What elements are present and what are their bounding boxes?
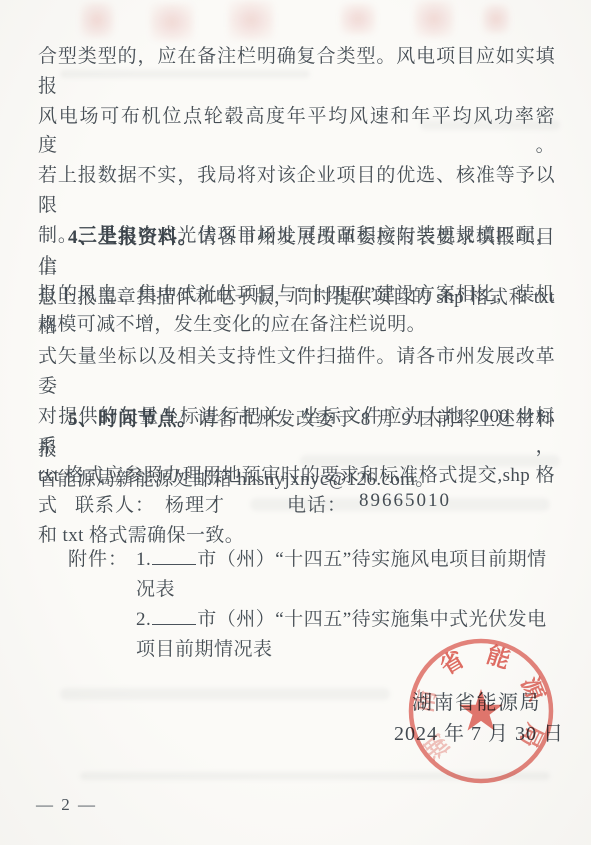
attachments-label: 附件： — [68, 545, 128, 665]
red-bleedthrough-mark — [228, 0, 274, 40]
doc-line: 5、时间节点。请各市州发改委于 8 月 9 日前将上述材料报 — [38, 405, 555, 465]
doc-text: 和 txt 格式需确保一致。 — [38, 525, 244, 546]
paragraph-deadline: 5、时间节点。请各市州发改委于 8 月 9 日前将上述材料报省能源局新能源处邮箱… — [38, 405, 555, 494]
doc-text-bold: 5、时间节点。 — [68, 409, 197, 430]
contact-label: 联系人： — [75, 490, 155, 517]
doc-line: 风电场可布机位点轮毂高度年平均风速和年平均风功率密度。 — [38, 102, 555, 162]
red-bleedthrough-mark — [150, 3, 194, 41]
star-icon — [459, 689, 503, 731]
attachment-title: 市（州）“十四五”待实施集中式光伏发电 — [197, 609, 546, 630]
attachment-title-cont: 况表 — [136, 575, 547, 605]
blank-underline — [152, 547, 196, 565]
official-seal: 湖南省能源局 — [401, 631, 561, 791]
blank-underline — [152, 607, 196, 625]
attachment-number: 2. — [136, 609, 151, 630]
attachment-number: 1. — [136, 549, 151, 570]
doc-text-bold: 4、上报资料。 — [68, 227, 198, 248]
attachment-item: 1.市（州）“十四五”待实施风电项目前期情 况表 — [136, 545, 547, 605]
doc-line: 4、上报资料。请各市州发展改革委按附表要求填报项目信 — [38, 223, 555, 283]
red-bleedthrough-mark — [482, 4, 510, 34]
contact-name: 杨理才 — [165, 490, 225, 517]
seal-arc-char: 湖 — [421, 729, 455, 763]
doc-text: 式矢量坐标以及相关支持性文件扫描件。请各市州发展改革委 — [38, 346, 555, 397]
seal-arc-char: 南 — [411, 688, 441, 715]
contact-row: 联系人： 杨理才 电话： 89665010 — [75, 490, 451, 517]
doc-text: 省能源局新能源处邮箱 hnsnyjxnyc@126.com。 — [38, 469, 435, 490]
red-bleedthrough-mark — [80, 2, 114, 38]
doc-text: 合型类型的，应在备注栏明确复合类型。风电项目应如实填报 — [38, 46, 555, 97]
doc-line: 息上报盖章扫描件和电子版，同时提供项目的 shp 格式和 txt 格 — [38, 283, 555, 343]
doc-line: 若上报数据不实，我局将对该企业项目的优选、核准等予以限 — [38, 161, 555, 221]
doc-line: 合型类型的，应在备注栏明确复合类型。风电项目应如实填报 — [38, 42, 555, 102]
phone-label: 电话： — [287, 490, 347, 517]
doc-text: 风电场可布机位点轮毂高度年平均风速和年平均风功率密度。 — [38, 106, 555, 157]
red-bleedthrough-mark — [414, 0, 454, 38]
red-bleedthrough-mark — [340, 3, 376, 35]
doc-text: 若上报数据不实，我局将对该企业项目的优选、核准等予以限 — [38, 165, 555, 216]
attachment-title: 市（州）“十四五”待实施风电项目前期情 — [197, 549, 546, 570]
document-page: { "document": { "paragraphs": [ {"lines"… — [0, 0, 591, 845]
gray-smudge — [60, 688, 390, 700]
doc-text: 息上报盖章扫描件和电子版，同时提供项目的 shp 格式和 txt 格 — [38, 287, 555, 338]
phone-number: 89665010 — [359, 490, 451, 517]
doc-line: 式矢量坐标以及相关支持性文件扫描件。请各市州发展改革委 — [38, 342, 555, 402]
page-number: — 2 — — [36, 795, 97, 815]
